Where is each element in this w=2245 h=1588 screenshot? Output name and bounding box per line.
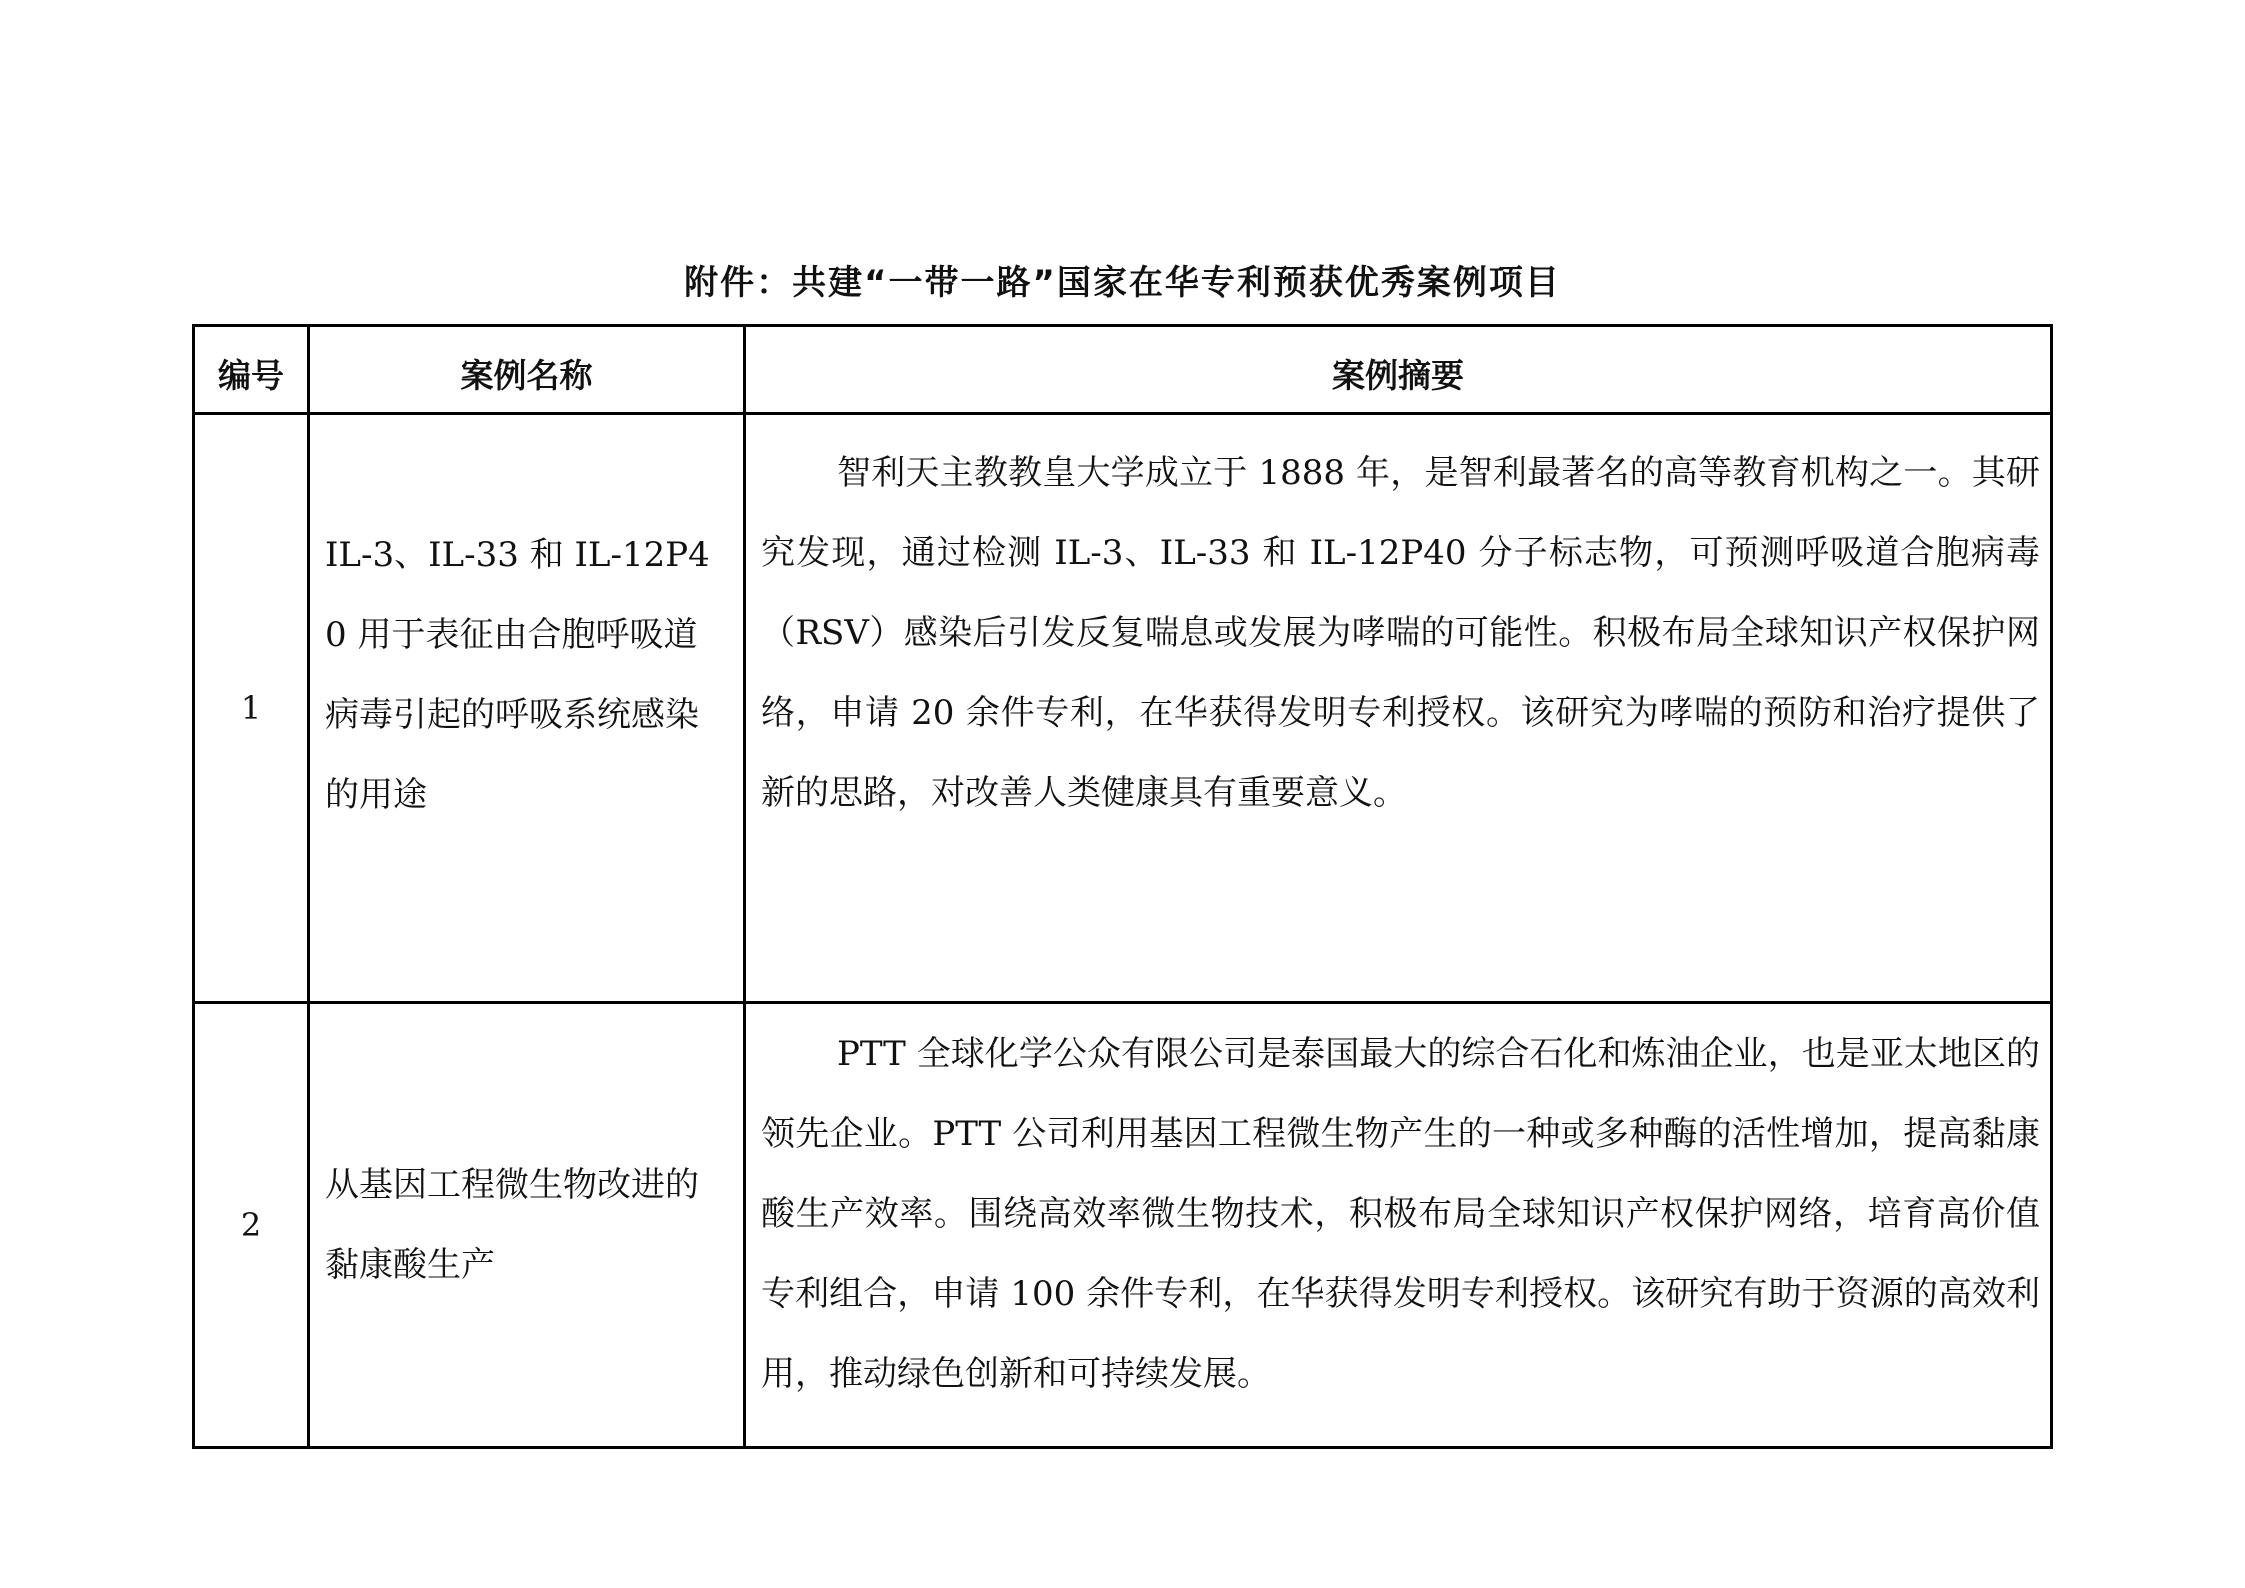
header-case-name: 案例名称 [309, 326, 745, 414]
header-number: 编号 [194, 326, 309, 414]
case-number: 2 [194, 1003, 309, 1448]
case-summary: PTT 全球化学公众有限公司是泰国最大的综合石化和炼油企业，也是亚太地区的领先企… [745, 1003, 2052, 1448]
case-name: 从基因工程微生物改进的黏康酸生产 [309, 1003, 745, 1448]
header-case-summary: 案例摘要 [745, 326, 2052, 414]
case-number: 1 [194, 414, 309, 1003]
table-row: 1 IL-3、IL-33 和 IL-12P40 用于表征由合胞呼吸道病毒引起的呼… [194, 414, 2052, 1003]
case-summary: 智利天主教教皇大学成立于 1888 年，是智利最著名的高等教育机构之一。其研究发… [745, 414, 2052, 1003]
case-summary-text: PTT 全球化学公众有限公司是泰国最大的综合石化和炼油企业，也是亚太地区的领先企… [761, 1014, 2040, 1414]
table-header-row: 编号 案例名称 案例摘要 [194, 326, 2052, 414]
case-summary-text: 智利天主教教皇大学成立于 1888 年，是智利最著名的高等教育机构之一。其研究发… [761, 433, 2040, 833]
page-title: 附件：共建“一带一路”国家在华专利预获优秀案例项目 [0, 258, 2245, 308]
cases-table: 编号 案例名称 案例摘要 1 IL-3、IL-33 和 IL-12P40 用于表… [192, 324, 2053, 1449]
table-row: 2 从基因工程微生物改进的黏康酸生产 PTT 全球化学公众有限公司是泰国最大的综… [194, 1003, 2052, 1448]
case-name: IL-3、IL-33 和 IL-12P40 用于表征由合胞呼吸道病毒引起的呼吸系… [309, 414, 745, 1003]
